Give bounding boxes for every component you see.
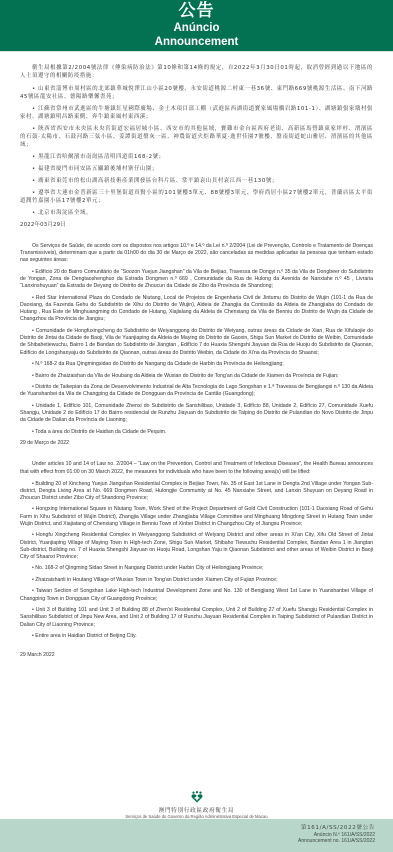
chinese-date: 2022年03月29日 [20, 221, 373, 229]
portuguese-intro: Os Serviços de Saúde, de acordo com os d… [20, 243, 373, 265]
announcement-header: 公告 Anúncio Announcement [0, 0, 393, 52]
heart-cross-icon [191, 790, 203, 802]
list-item: Taiwan Section of Songshan Lake High-tec… [20, 588, 373, 602]
list-item: Building 20 of Xincheng Yuejun Jiangshan… [20, 481, 373, 503]
announcement-footer: 第161/A/SS/2022號公告 Anúncio N.º 161/A/SS/2… [0, 819, 393, 852]
list-item: Hongxing International Square in Niutang… [20, 506, 373, 528]
title-zh: 公告 [0, 2, 393, 21]
list-item: Red Star International Plaza do Condado … [20, 295, 373, 324]
chinese-intro: 衛生局根據第2/2004號法律《傳染病防治法》第10條和第14條的規定，自202… [20, 64, 373, 80]
list-item: 福建省廈門市同安區五顯鎮後埔村寨仔山園； [20, 165, 373, 173]
list-item: 北京市海淀區全域。 [20, 209, 373, 217]
list-item: Bairro de Zhaizaishan da Vila de Houbang… [20, 373, 373, 380]
list-item: 廣東省東莞市的松山湖高新技術產業開發區台科片區、常平鎮袁山貝村袁江西一巷130號… [20, 177, 373, 185]
announcement-body: 衛生局根據第2/2004號法律《傳染病防治法》第10條和第14條的規定，自202… [0, 52, 393, 659]
english-section: Under articles 10 and 14 of Law no. 2/20… [20, 461, 373, 659]
list-item: 遼寧省大連市金普新區三十里堡街道真賢小區的101號樓3單元、88號樓3單元、學府… [20, 189, 373, 205]
list-item: Unidade 1, Edifício 101, Comunidade Zhen… [20, 403, 373, 425]
list-item: 江蘇省常州市武進區的牛塘鎮紅星國際廣場、金土木項目部工棚（武進區西湖街道寶家風場… [20, 105, 373, 121]
list-item: N.º 168-2 da Rua Qingmingsidao do Distri… [20, 361, 373, 368]
list-item: No. 168-2 of Qingming Sidao Street in Na… [20, 565, 373, 572]
portuguese-date: 29 de Março de 2022 [20, 440, 373, 447]
list-item: Comunidade de Hongfuxingcheng do Subdist… [20, 328, 373, 357]
list-item: 山東省淄博市周村區的北郊鎮華城悅澤江山小區20號樓、永安街道桃源二村東一巷36號… [20, 85, 373, 101]
chinese-section: 衛生局根據第2/2004號法律《傳染病防治法》第10條和第14條的規定，自202… [20, 64, 373, 229]
health-bureau-logo: 澳門特別行政區政府衛生局 Serviços de Saúde do Govern… [0, 790, 393, 819]
list-item: Edifício 20 do Bairro Comunitário de “So… [20, 269, 373, 291]
title-pt: Anúncio [0, 21, 393, 35]
english-date: 29 March 2022 [20, 652, 373, 659]
list-item: Toda a área do Distrito de Haidian da Ci… [20, 429, 373, 436]
reference-number-en: Announcement no. 161/A/SS/2022 [0, 838, 375, 844]
list-item: 黑龍江省哈爾濱市南崗區清明四道街168-2號； [20, 153, 373, 161]
list-item: Entire area in Haidian District of Beiji… [20, 633, 373, 640]
list-item: Zhaizaishanli in Houtang Village of Wuxi… [20, 577, 373, 584]
english-intro: Under articles 10 and 14 of Law no. 2/20… [20, 461, 373, 475]
list-item: Unit 3 of Building 101 and Unit 3 of Bui… [20, 607, 373, 629]
portuguese-section: Os Serviços de Saúde, de acordo com os d… [20, 243, 373, 448]
list-item: Distrito de Taikepian da Zona de Desenvo… [20, 384, 373, 398]
list-item: Hongfu Xingcheng Residential Complex in … [20, 532, 373, 561]
reference-number-zh: 第161/A/SS/2022號公告 [0, 824, 375, 832]
list-item: 陝西省西安市未央區未央宮街道宏福居城小區、西安市的其他區域，寶雞市金台區西府老街… [20, 125, 373, 149]
title-en: Announcement [0, 35, 393, 49]
